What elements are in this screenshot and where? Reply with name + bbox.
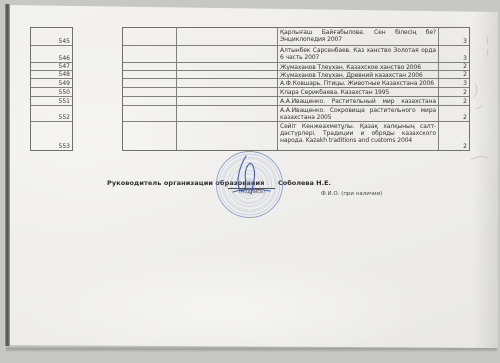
row-number-cell: 547 [31,63,72,71]
row-number-cell: 545 [31,28,72,46]
empty-cell-a [123,28,177,46]
title-cell: Клара Серикбаева. Казахстан 1995 [278,88,439,97]
empty-cell-a [123,88,177,97]
row-number-cell: 549 [31,79,72,88]
empty-cell-b [177,71,278,79]
empty-cell-a [123,122,177,150]
scanned-document-scene: 545546547548549550551552553 Қарлығаш Бай… [0,0,500,363]
title-cell: Жумаханов Тлеухан. Казахское ханство 200… [278,63,439,71]
pencil-marks [460,25,498,175]
title-cell: А.Ф.Ковшарь. Птицы. Животные Казахстана … [278,79,439,88]
fio-caption: Ф.И.О. (при наличии) [321,191,382,197]
title-cell: А.А.Иващенко. Растительный мир казахстан… [278,97,439,106]
empty-cell-b [177,122,278,150]
empty-cell-b [177,97,278,106]
empty-cell-b [177,106,278,122]
title-cell: А.А.Иващенко. Сокровища растительного ми… [278,106,439,122]
empty-cell-a [123,106,177,122]
empty-cell-a [123,97,177,106]
row-number-cell: 551 [31,97,72,106]
scan-edge-strip [5,4,10,346]
empty-cell-b [177,28,278,46]
empty-cell-a [123,79,177,88]
row-number-cell: 546 [31,46,72,63]
empty-cell-b [177,63,278,71]
catalog-grid: Қарлығаш Байғабылова. Сен білесің бе? Эн… [122,27,470,151]
signer-name: Соболева Н.Е. [278,179,331,187]
empty-cell-a [123,46,177,63]
row-number-column: 545546547548549550551552553 [30,27,73,151]
row-number-cell: 550 [31,88,72,97]
title-cell: Алтынбек Сарсенбаев. Каз ханство Золотая… [278,46,439,63]
title-cell: Сейіт Кенжеахметұлы. Қазақ халқының салт… [278,122,439,150]
empty-cell-b [177,88,278,97]
row-number-cell: 552 [31,106,72,122]
title-cell: Жумаханов Тлеухан. Древний казахстан 200… [278,71,439,79]
row-number-cell: 548 [31,71,72,79]
empty-cell-a [123,71,177,79]
scan-background: { "table": { "rows": [ {"num":"545","tit… [0,0,500,363]
row-number-cell: 553 [31,122,72,150]
handwritten-signature [225,152,277,198]
empty-cell-b [177,79,278,88]
empty-cell-a [123,63,177,71]
title-cell: Қарлығаш Байғабылова. Сен білесің бе? Эн… [278,28,439,46]
empty-cell-b [177,46,278,63]
